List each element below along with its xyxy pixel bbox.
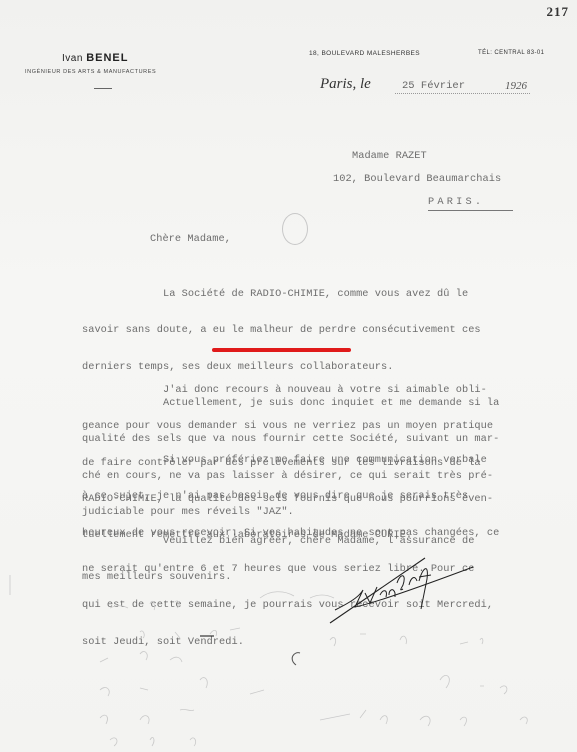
letterhead-title: INGÉNIEUR DES ARTS & MANUFACTURES: [25, 69, 156, 75]
letterhead-telephone: TÉL: CENTRAL 83-01: [478, 50, 544, 56]
archive-stamp-icon: [282, 213, 308, 245]
body-line: à ce sujet, je n'ai pas besoin de vous d…: [82, 490, 499, 502]
date-year: 1926: [505, 80, 527, 92]
body-line: La Société de RADIO-CHIMIE, comme vous a…: [82, 288, 499, 300]
body-line: Si vous préfériez me faire une communica…: [82, 454, 499, 466]
letterhead-last-name: BENEL: [86, 52, 128, 64]
body-line: savoir sans doute, a eu le malheur de pe…: [82, 324, 499, 336]
date-day-month: 25 Février: [402, 80, 465, 92]
date-dotted-line: [395, 93, 530, 94]
recipient-city: PARIS.: [428, 196, 484, 208]
letterhead-divider: [94, 88, 112, 89]
body-line: J'ai donc recours à nouveau à votre si a…: [82, 384, 493, 396]
date-place: Paris, le: [320, 76, 371, 93]
recipient-city-underline: [428, 210, 513, 211]
recipient-street: 102, Boulevard Beaumarchais: [333, 173, 501, 185]
body-line: Veuillez bien agréer, chère Madame, l'as…: [82, 535, 474, 547]
letterhead-first-name: Ivan: [62, 53, 83, 64]
recipient-name: Madame RAZET: [352, 150, 427, 162]
letter-page: 217 Ivan BENEL INGÉNIEUR DES ARTS & MANU…: [0, 0, 577, 752]
page-number: 217: [547, 4, 570, 20]
letterhead-name: Ivan BENEL: [62, 52, 128, 64]
faint-pencil-shorthand: [0, 570, 577, 752]
letterhead-address: 18, BOULEVARD MALESHERBES: [309, 50, 420, 57]
red-underline-annotation: [212, 348, 351, 352]
salutation: Chère Madame,: [150, 233, 231, 245]
